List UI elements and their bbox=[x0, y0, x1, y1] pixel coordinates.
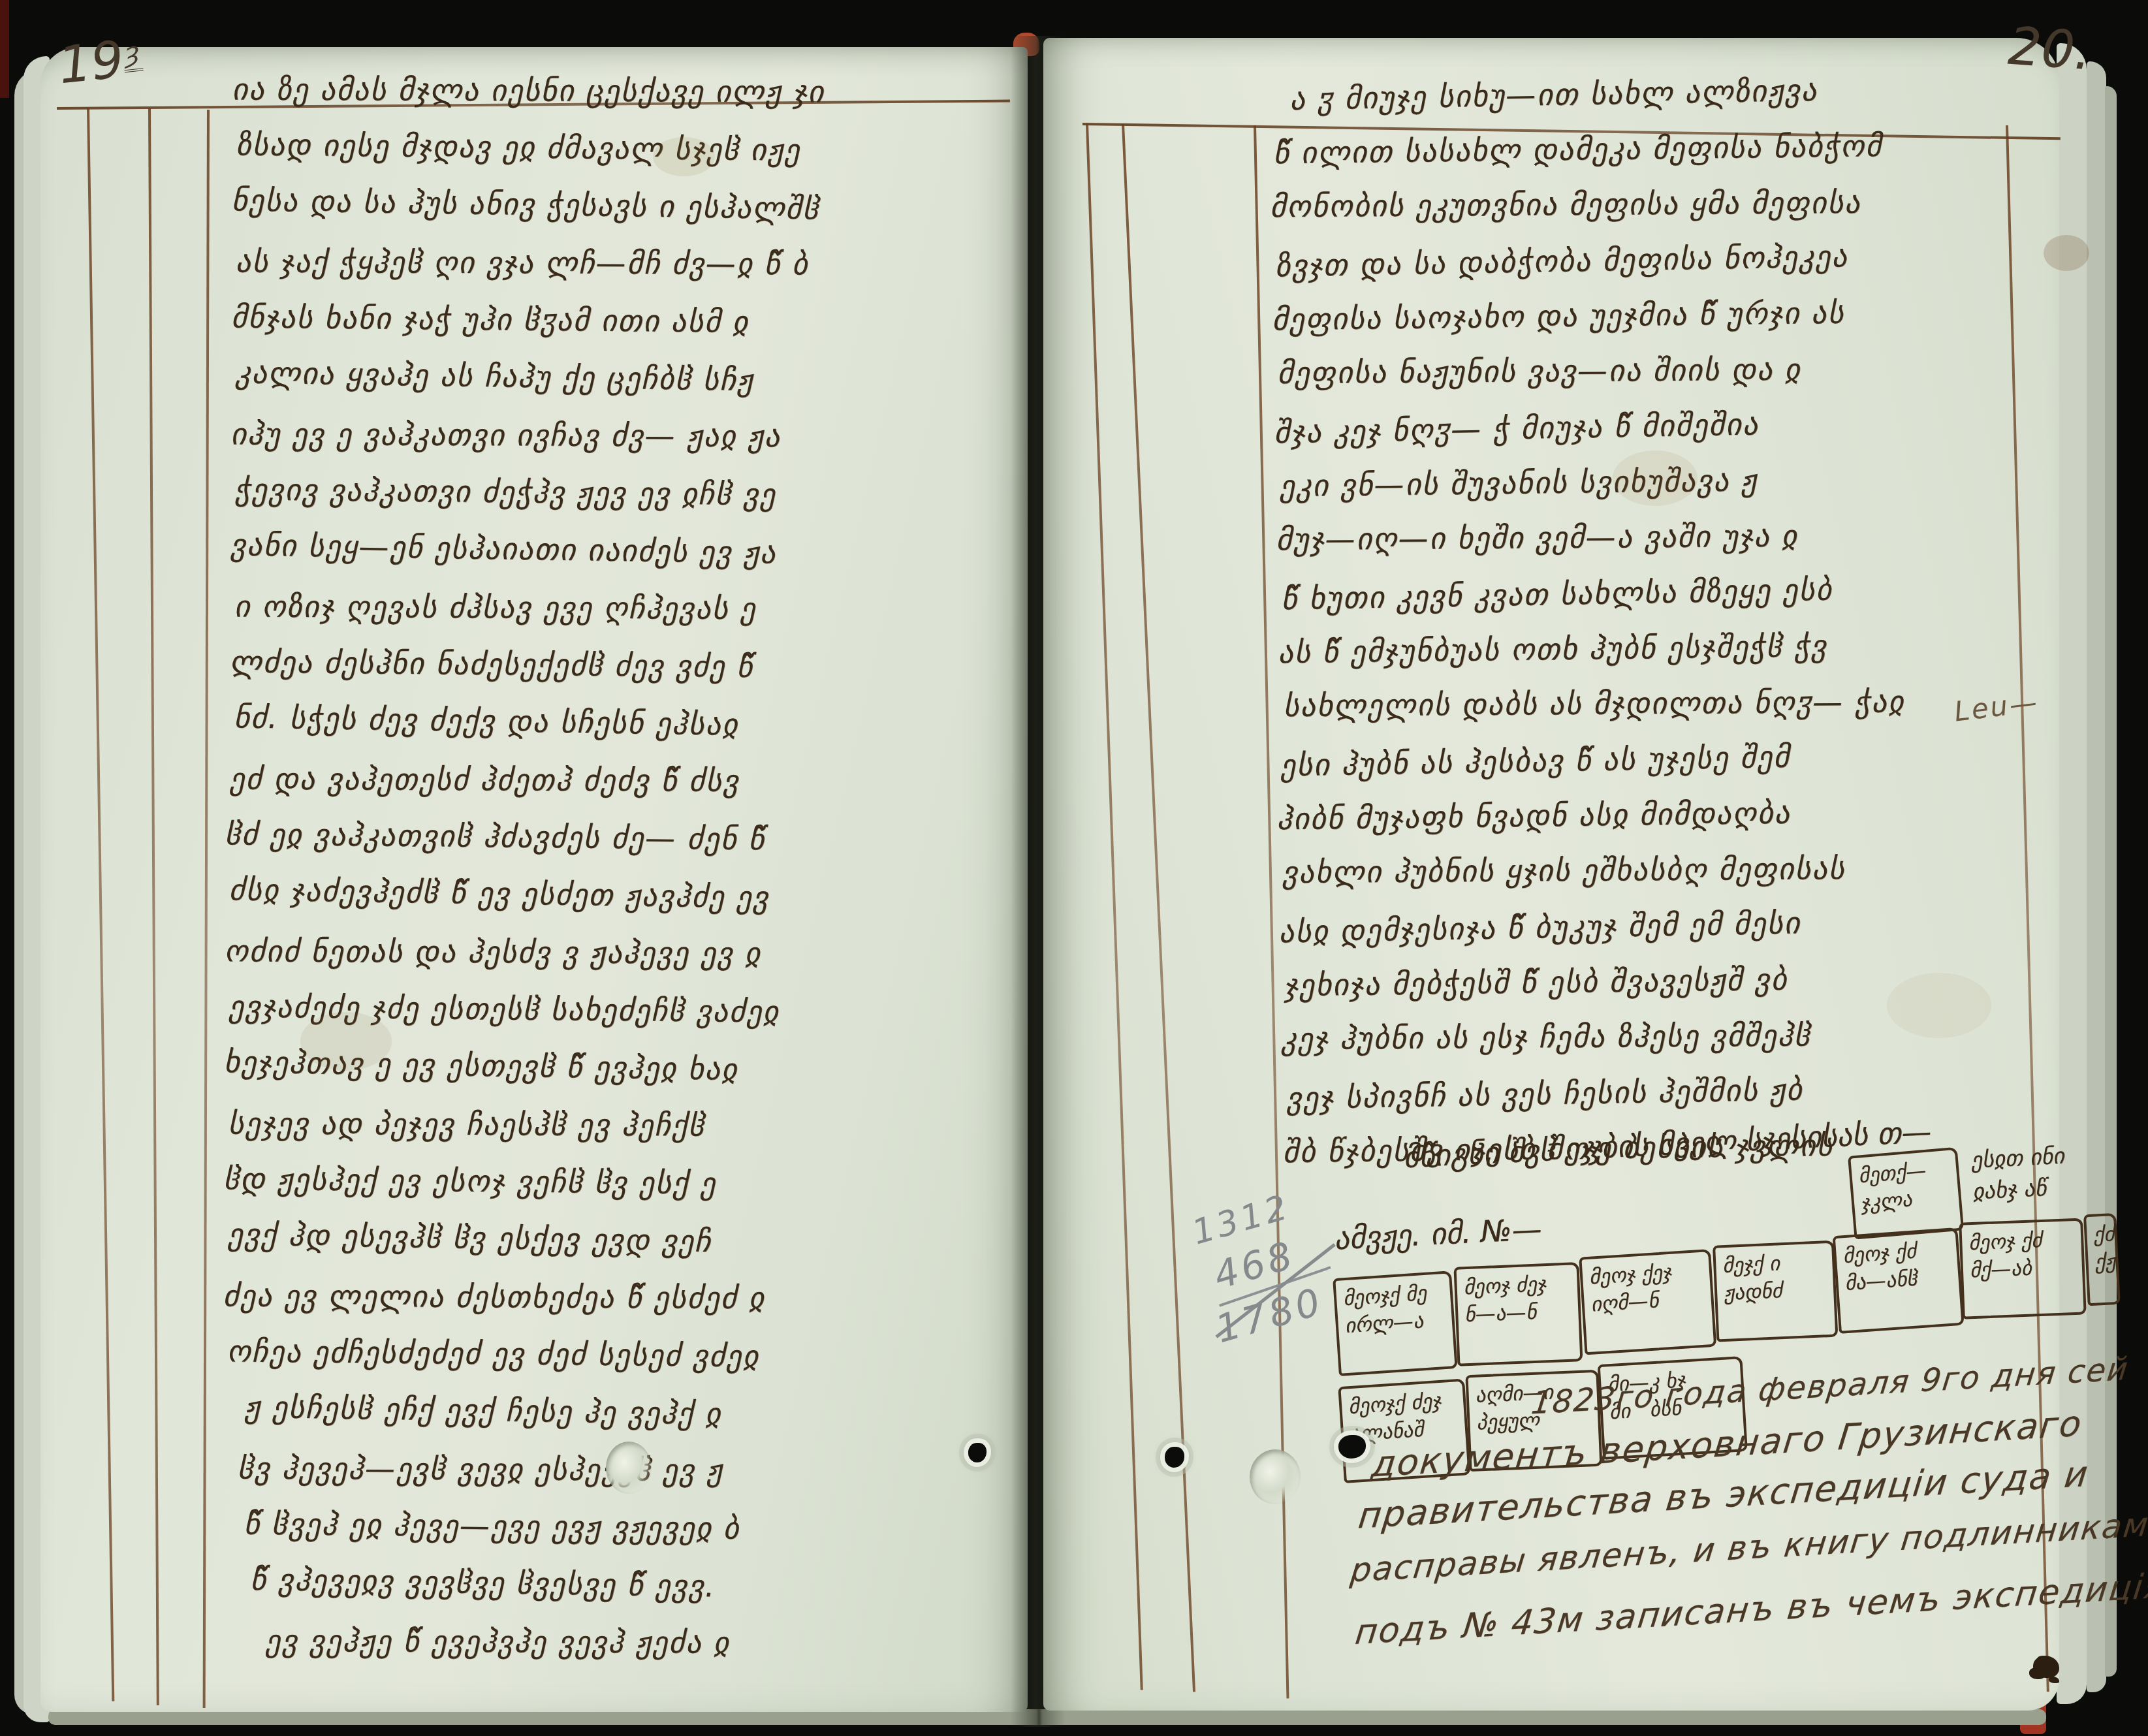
manuscript-line: ჭევივ ვაჰკათვი ძეჭჰვ ჟევ ევ ჲჩჱ ვე bbox=[234, 460, 1012, 525]
manuscript-line: წ̃ ჱვეჰ ეჲ ჰევე—ევე ევჟ ვჟევეჲ ბ bbox=[222, 1494, 1000, 1559]
manuscript-line: ჰიბნ მუჯაფხ ნვადნ ასჲ მიმდაღბა bbox=[1276, 782, 2047, 847]
manuscript-line: ვანი სეყ—ენ ესჰაიათი იაიძეს ევ ჟა bbox=[230, 516, 1007, 585]
left-text-block: ია ზე ამას მჯლა იესნი ცესქავე ილჟ ჯიზსად… bbox=[221, 58, 1013, 1674]
manuscript-line: ვახლი ჰუბნის ყჯის ეშხასბღ მეფისას bbox=[1282, 840, 2053, 900]
right-page-tear bbox=[1250, 1449, 1301, 1504]
paper-stain-1 bbox=[653, 137, 715, 176]
paper-stain-3 bbox=[1613, 450, 1698, 506]
ink-blot bbox=[2033, 1656, 2059, 1678]
manuscript-line: ია ზე ამას მჯლა იესნი ცესქავე ილჟ ჯი bbox=[232, 60, 1009, 121]
diagram-floating-note: ესჲთ ინი ჲახჯ აწ bbox=[1970, 1141, 2067, 1208]
genealogy-box: მეჯქ ი ჟადნძ bbox=[1713, 1240, 1838, 1342]
manuscript-line: წ̃ ვჰევეჲვ ვევჱვე ჱვესვე წ̃ ევვ. bbox=[217, 1550, 995, 1619]
left-margin-rule-3 bbox=[203, 110, 210, 1708]
manuscript-line: ევ ვეჰჟე წ̃ ევეჰვჰე ვევჰ ჟეძა ჲ bbox=[221, 1611, 998, 1672]
manuscript-line: მეფისა საოჯახო და უეჯმია წ̃ ურჯი ას bbox=[1272, 283, 2043, 347]
left-margin-rule-1 bbox=[87, 108, 114, 1701]
genealogy-box: მეოჯ ქეჯ იღმ—ნ bbox=[1579, 1249, 1716, 1355]
manuscript-line: ნესა და სა ჰუს ანივ ჭესავს ი ესჰალშჱ bbox=[231, 171, 1009, 240]
manuscript-line: ლძეა ძესჰნი ნაძესექეძჱ ძევ ვძე წ̃ bbox=[230, 633, 1007, 697]
manuscript-line: ჱძ ეჲ ვაჰკათვიჱ ჰძავძეს ძე— ძენ წ̃ bbox=[225, 805, 1002, 870]
manuscript-line: ი ოზიჯ ღევას ძჰსავ ევე ღჩჰევას ე bbox=[234, 577, 1011, 638]
manuscript-line: ეძ და ვაჰეთესძ ჰძეთჰ ძეძვ წ̃ ძსვ bbox=[229, 750, 1006, 810]
genealogy-box: მეოჯ ძეჯ ნ—ა—ნ bbox=[1453, 1262, 1583, 1366]
manuscript-line: ჱდ ჟესჰექ ევ ესოჯ ვეჩჱ ჱვ ესქ ე bbox=[223, 1150, 1001, 1214]
left-margin-rule-2 bbox=[148, 108, 159, 1705]
paper-stain-2 bbox=[300, 1012, 392, 1071]
right-page: 20. ა ჳ მიუჯე სიხუ—ით სახლ ალზიჟვაწ̃ ილი… bbox=[1043, 38, 2059, 1711]
manuscript-line: მუჯ—იღ—ი ხეში ვემ—ა ვაში უჯა ჲ bbox=[1276, 507, 2047, 567]
page-number-left: 19ȝ bbox=[56, 29, 145, 96]
cover-red-left-edge bbox=[0, 0, 9, 98]
left-page: 19ȝ ია ზე ამას მჯლა იესნი ცესქავე ილჟ ჯი… bbox=[40, 47, 1028, 1712]
manuscript-line: მონობის ეკუთვნია მეფისა ყმა მეფისა bbox=[1270, 174, 2041, 234]
worm-hole-1 bbox=[1165, 1447, 1184, 1468]
genealogy-box: მეოჯქ მე ირლ—ა bbox=[1333, 1270, 1458, 1376]
manuscript-line: ას წ̃ ემჯუნბუას ოთხ ჰუბნ ესჯშეჭჱ ჭვ bbox=[1278, 616, 2049, 680]
pencil-calculation: 1312 468 1780 bbox=[1187, 1177, 1345, 1351]
genealogy-box: ქძ ქჟ bbox=[2083, 1213, 2121, 1306]
manuscript-line: სეჯევ ად პეჯევ ჩაესჰჱ ევ ჰეჩქჱ bbox=[228, 1094, 1005, 1155]
manuscript-line: ჟ ესჩესჱ ეჩქ ევქ ჩესე ჰე ვეჰქ ჲ bbox=[222, 1378, 1000, 1447]
manuscript-line: ძეა ევ ლელია ძესთხეძეა წ̃ ესძეძ ჲ bbox=[223, 1267, 1000, 1327]
manuscript-line: ზსად იესე მჯდავ ეჲ ძმავალ სჯეჱ იჟე bbox=[236, 116, 1013, 180]
manuscript-line: სახლელის დაბს ას მჯდილთა ნღჳ— ჭაჲ bbox=[1283, 673, 2054, 734]
manuscript-line: ნძ. სჭეს ძევ ძექვ და სჩესნ ეჰსაჲ bbox=[234, 688, 1011, 757]
manuscript-line: ოჩეა ეძჩესძეძეძ ევ ძეძ სესეძ ვძეჲ bbox=[227, 1322, 1004, 1387]
page-number-left-flourish: ȝ bbox=[121, 35, 143, 72]
manuscript-line: მნჯას ხანი ჯაჭ უჰი ჱჳამ ითი ასმ ჲ bbox=[231, 288, 1009, 353]
genealogy-box: მეოჯ ქძ მქ—აბ bbox=[1959, 1218, 2087, 1319]
manuscript-line: წ̃ ილით სასახლ დამეკა მეფისა ნაბჭომ bbox=[1273, 116, 2044, 181]
manuscript-line: იჰუ ევ ე ვაჰკათვი ივჩავ ძვ— ჟაჲ ჟა bbox=[230, 405, 1007, 466]
diagram-label-line: ამვჟე. იმ. №— bbox=[1333, 1211, 1543, 1256]
manuscript-line: ოძიძ ნეთას და ჰესძვ ვ ჟაჰევე ევ ჲ bbox=[225, 922, 1002, 983]
paper-stain-5 bbox=[2044, 235, 2089, 271]
manuscript-line: ას ჯაქ ჭყჰეჱ ღი ვჯა ლჩ—მჩ ძვ—ჲ წ̃ ბ bbox=[236, 232, 1013, 293]
genealogy-box: მეოჯ ქძ მა—ანჱ bbox=[1833, 1227, 1965, 1334]
manuscript-line: ძსჲ ჯაძევჰეძჱ წ̃ ევ ესძეთ ჟავჰძე ევ bbox=[229, 860, 1006, 930]
manuscript-line: მეფისა ნაჟუნის ვავ—ია შიის და ჲ bbox=[1277, 340, 2048, 401]
paper-stain-4 bbox=[1887, 973, 1991, 1038]
manuscript-scan: 19ȝ ია ზე ამას მჯლა იესნი ცესქავე ილჟ ჯი… bbox=[0, 0, 2148, 1736]
manuscript-line: კალია ყვაჰე ას ჩაჰუ ქე ცეჩბჱ სჩჟ bbox=[235, 343, 1013, 413]
manuscript-line: ევქ ჰდ ესევჰჱ ჱვ ესქევ ევდ ვეჩ bbox=[227, 1205, 1005, 1274]
left-page-tear bbox=[606, 1442, 652, 1494]
diagram-small-box: მეთქ— ჯკლა bbox=[1848, 1147, 1964, 1240]
